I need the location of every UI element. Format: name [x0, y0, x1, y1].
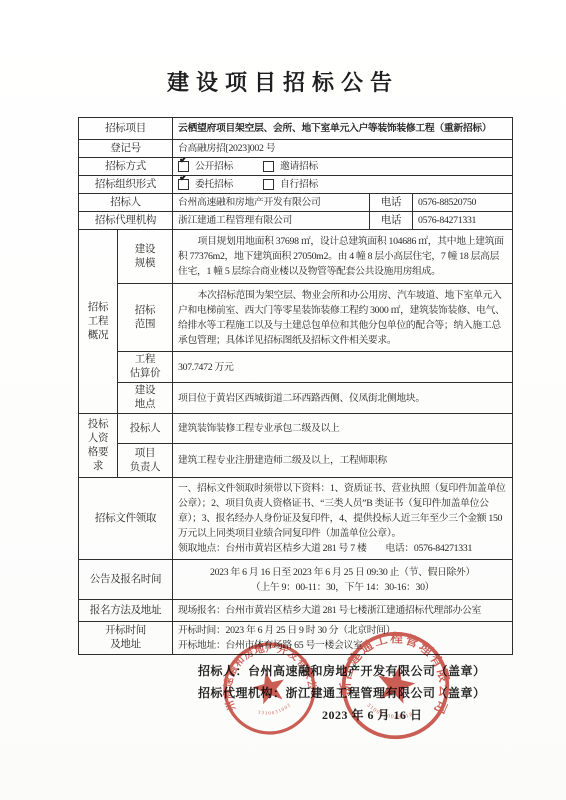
- signature-tenderer: 招标人：台州高速融和房地产开发有限公司（盖章）: [0, 662, 566, 679]
- table-row: 项目 负责人 建筑工程专业注册建造师二级及以上，工程师职称: [79, 444, 513, 478]
- agency-value: 浙江建通工程管理有限公司: [173, 212, 370, 230]
- orgform-label: 招标组织形式: [79, 176, 173, 194]
- signup-text: 现场报名：台州市黄岩区桔乡大道 281 号七楼浙江建通招标代理部办公室: [173, 600, 513, 622]
- table-row: 工程 估算价 307.7472 万元: [79, 352, 513, 383]
- overview-group-label: 招标 工程 概况: [79, 230, 118, 414]
- table-row: 建设 地点 项目位于黄岩区西城街道二环西路西侧、仪凤街北侧地块。: [79, 383, 513, 414]
- document-page: 建设项目招标公告 招标项目 云栖望府项目架空层、会所、地下室单元入户等装饰装修工…: [0, 0, 566, 800]
- agency-label: 招标代理机构: [79, 212, 173, 230]
- scale-text: 项目规划用地面积 37698 ㎡，设计总建筑面积 104686 ㎡，其中地上建筑…: [173, 230, 513, 284]
- docs-label: 招标文件领取: [79, 478, 173, 560]
- bidder-label: 投标人: [118, 414, 173, 444]
- regno-label: 登记号: [79, 140, 173, 158]
- tenderer-phone-label: 电话: [370, 194, 413, 212]
- agency-phone: 0576-84271331: [413, 212, 513, 230]
- announce-label: 公告及报名时间: [79, 560, 173, 600]
- project-label: 招标项目: [79, 118, 173, 140]
- docs-text: 一、招标文件领取时须带以下资料：1、资质证书、营业执照（复印件加盖单位公章）；2…: [178, 481, 507, 541]
- table-row: 公告及报名时间 2023 年 6 月 16 日至 2023 年 6 月 25 日…: [79, 560, 513, 600]
- opening-address: 开标地址：台州市体育场路 65 号一楼会议室: [178, 638, 507, 653]
- checkbox-checked-icon: ✔: [178, 161, 189, 172]
- signature-agency: 招标代理机构：浙江建通工程管理有限公司（盖章）: [0, 684, 566, 701]
- location-text: 项目位于黄岩区西城街道二环西路西侧、仪凤街北侧地块。: [173, 383, 513, 414]
- scope-text: 本次招标范围为架空层、物业会所和办公用房、汽车坡道、地下室单元入户和电梯前室、西…: [173, 284, 513, 352]
- docs-pickup: 领取地点：台州市黄岩区桔乡大道 281 号 7 楼 电话：0576-842713…: [178, 541, 507, 556]
- table-row: 招标代理机构 浙江建通工程管理有限公司 电话 0576-84271331: [79, 212, 513, 230]
- bidder-text: 建筑装饰装修工程专业承包二级及以上: [173, 414, 513, 444]
- qualification-group-label: 投标 人资 格要 求: [79, 414, 118, 478]
- announce-line2: （上午 9：00-11：30，下午 14：30-16：30）: [178, 580, 507, 595]
- checkbox-unchecked-icon: [263, 161, 274, 172]
- table-row: 招标 范围 本次招标范围为架空层、物业会所和办公用房、汽车坡道、地下室单元入户和…: [79, 284, 513, 352]
- table-row: 投标 人资 格要 求 投标人 建筑装饰装修工程专业承包二级及以上: [79, 414, 513, 444]
- checkbox-unchecked-icon: [263, 179, 274, 190]
- signature-date: 2023 年 6 月 16 日: [0, 706, 566, 723]
- table-row: 招标方式 ✔ 公开招标 邀请招标: [79, 158, 513, 176]
- table-row: 招标 工程 概况 建设 规模 项目规划用地面积 37698 ㎡，设计总建筑面积 …: [79, 230, 513, 284]
- table-row: 招标组织形式 ✔ 委托招标 自行招标: [79, 176, 513, 194]
- method-label: 招标方式: [79, 158, 173, 176]
- orgform-option-self: 自行招标: [280, 177, 318, 192]
- checkbox-checked-icon: ✔: [178, 179, 189, 190]
- table-row: 登记号 台高融房招[2023]002 号: [79, 140, 513, 158]
- table-row: 招标文件领取 一、招标文件领取时须带以下资料：1、资质证书、营业执照（复印件加盖…: [79, 478, 513, 560]
- estimate-label: 工程 估算价: [118, 352, 173, 383]
- scale-label: 建设 规模: [118, 230, 173, 284]
- table-row: 招标人 台州高速融和房地产开发有限公司 电话 0576-88520750: [79, 194, 513, 212]
- check-icon: ✔: [179, 176, 188, 185]
- tenderer-value: 台州高速融和房地产开发有限公司: [173, 194, 370, 212]
- method-option-invite: 邀请招标: [280, 159, 318, 174]
- pm-label: 项目 负责人: [118, 444, 173, 478]
- opening-label: 开标时间 及地址: [79, 622, 173, 655]
- page-title: 建设项目招标公告: [0, 66, 566, 97]
- table-row: 招标项目 云栖望府项目架空层、会所、地下室单元入户等装饰装修工程（重新招标）: [79, 118, 513, 140]
- estimate-text: 307.7472 万元: [173, 352, 513, 383]
- opening-time: 开标时间：2023 年 6 月 25 日 9 时 30 分（北京时间）: [178, 623, 507, 638]
- check-icon: ✔: [179, 158, 188, 167]
- orgform-option-delegate: 委托招标: [195, 177, 233, 192]
- scope-label: 招标 范围: [118, 284, 173, 352]
- announce-line1: 2023 年 6 月 16 日至 2023 年 6 月 25 日 09:30 止…: [178, 565, 507, 580]
- tender-table: 招标项目 云栖望府项目架空层、会所、地下室单元入户等装饰装修工程（重新招标） 登…: [78, 117, 513, 655]
- tenderer-phone: 0576-88520750: [413, 194, 513, 212]
- tenderer-label: 招标人: [79, 194, 173, 212]
- signup-label: 报名方法及地址: [79, 600, 173, 622]
- agency-phone-label: 电话: [370, 212, 413, 230]
- method-option-public: 公开招标: [195, 159, 233, 174]
- location-label: 建设 地点: [118, 383, 173, 414]
- table-row: 开标时间 及地址 开标时间：2023 年 6 月 25 日 9 时 30 分（北…: [79, 622, 513, 655]
- regno-value: 台高融房招[2023]002 号: [173, 140, 513, 158]
- pm-text: 建筑工程专业注册建造师二级及以上，工程师职称: [173, 444, 513, 478]
- table-row: 报名方法及地址 现场报名：台州市黄岩区桔乡大道 281 号七楼浙江建通招标代理部…: [79, 600, 513, 622]
- project-value: 云栖望府项目架空层、会所、地下室单元入户等装饰装修工程（重新招标）: [173, 118, 513, 140]
